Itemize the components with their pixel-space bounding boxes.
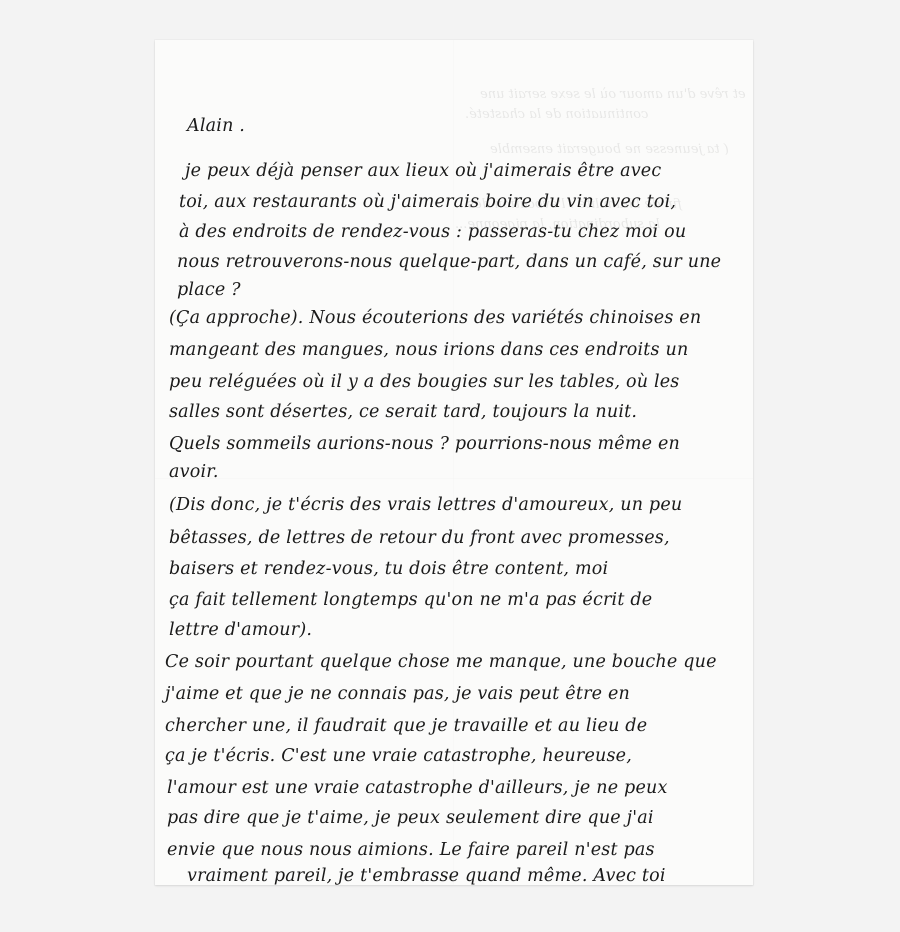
letter-line: peu reléguées où il y a des bougies sur … [169, 372, 680, 392]
salutation: Alain . [187, 116, 245, 136]
letter-line: toi, aux restaurants où j'aimerais boire… [179, 192, 676, 212]
letter-line: avoir. [169, 462, 219, 482]
letter-line: j'aime et que je ne connais pas, je vais… [165, 684, 630, 704]
letter-page: et rêve d'un amour où le sexe serait une… [155, 40, 753, 885]
letter-body: Alain . je peux déjà penser aux lieux où… [155, 40, 753, 885]
letter-line: à des endroits de rendez-vous : passeras… [179, 222, 686, 242]
letter-line: (Ça approche). Nous écouterions des vari… [169, 308, 701, 328]
letter-line: ça je t'écris. C'est une vraie catastrop… [165, 746, 632, 766]
letter-line: l'amour est une vraie catastrophe d'aill… [167, 778, 668, 798]
letter-line: ça fait tellement longtemps qu'on ne m'a… [169, 590, 652, 610]
letter-line: salles sont désertes, ce serait tard, to… [169, 402, 637, 422]
letter-line: baisers et rendez-vous, tu dois être con… [169, 559, 608, 579]
letter-line: mangeant des mangues, nous irions dans c… [169, 340, 688, 360]
letter-line: lettre d'amour). [169, 620, 312, 640]
letter-line: vraiment pareil, je t'embrasse quand mêm… [187, 866, 666, 885]
letter-line: bêtasses, de lettres de retour du front … [169, 528, 670, 548]
letter-line: envie que nous nous aimions. Le faire pa… [167, 840, 655, 860]
letter-line: (Dis donc, je t'écris des vrais lettres … [169, 495, 682, 515]
letter-line: chercher une, il faudrait que je travail… [165, 716, 647, 736]
letter-line: nous retrouverons-nous quelque-part, dan… [177, 252, 721, 272]
letter-line: Quels sommeils aurions-nous ? pourrions-… [169, 434, 680, 454]
letter-line: pas dire que je t'aime, je peux seulemen… [167, 808, 654, 828]
photo-background: et rêve d'un amour où le sexe serait une… [0, 0, 900, 932]
letter-line: je peux déjà penser aux lieux où j'aimer… [185, 161, 661, 181]
letter-line: place ? [177, 280, 241, 300]
letter-line: Ce soir pourtant quelque chose me manque… [165, 652, 717, 672]
